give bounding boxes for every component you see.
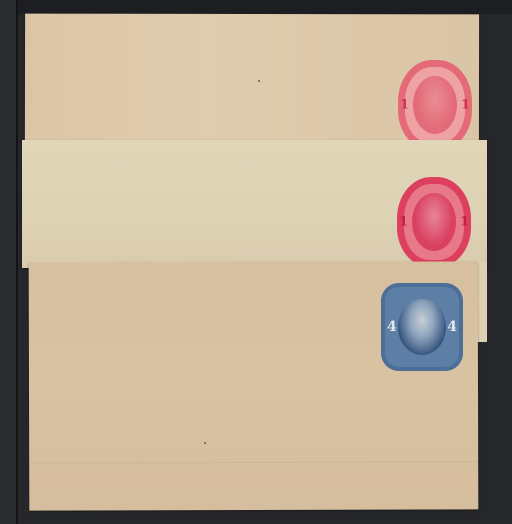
background-left-edge [16, 0, 18, 524]
paper-spot [204, 442, 206, 444]
stamp-value-left: 4 [387, 319, 397, 335]
paper-crease [29, 461, 478, 463]
stamp-value-right: 4 [447, 319, 457, 335]
stamp-red-1: 1 1 [398, 60, 472, 150]
portrait-icon [412, 193, 456, 251]
portrait-icon [398, 299, 446, 355]
paper-spot [258, 80, 260, 82]
background-left-strip [0, 0, 16, 524]
stamp-value-left: 1 [400, 98, 409, 113]
background-top [0, 0, 512, 14]
stamp-value-left: 1 [399, 215, 408, 230]
portrait-icon [413, 76, 457, 134]
stamp-red-2: 1 1 [397, 177, 471, 267]
stamp-blue: 4 4 [381, 283, 463, 371]
stamp-value-right: 1 [460, 215, 469, 230]
stamp-value-right: 1 [461, 98, 470, 113]
